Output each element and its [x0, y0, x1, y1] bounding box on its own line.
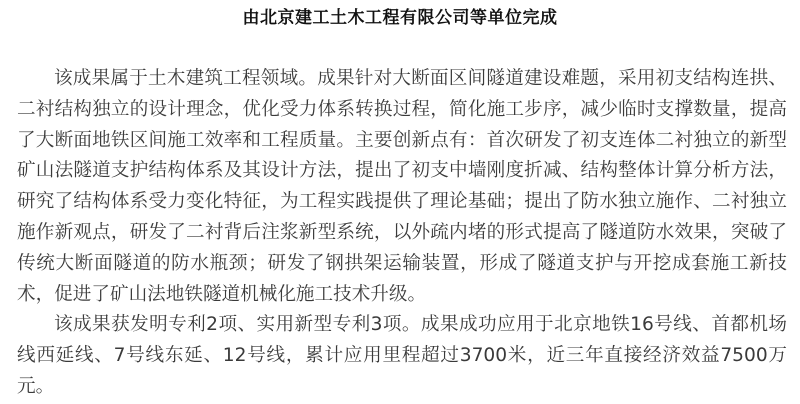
- paragraph-patents-applications: 该成果获发明专利2项、实用新型专利3项。成果成功应用于北京地铁16号线、首都机场…: [17, 310, 787, 402]
- document-body: 该成果属于土木建筑工程领域。成果针对大断面区间隧道建设难题，采用初支结构连拱、二…: [17, 64, 787, 403]
- document-page: 由北京建工土木工程有限公司等单位完成 该成果属于土木建筑工程领域。成果针对大断面…: [0, 0, 800, 404]
- paragraph-scope-innovations: 该成果属于土木建筑工程领域。成果针对大断面区间隧道建设难题，采用初支结构连拱、二…: [17, 64, 787, 310]
- document-title: 由北京建工土木工程有限公司等单位完成: [0, 6, 800, 30]
- paragraph-line: 线、7号线东延、12号线，累计应用里程超过3700米，近三年直接经济效益7500…: [17, 345, 787, 397]
